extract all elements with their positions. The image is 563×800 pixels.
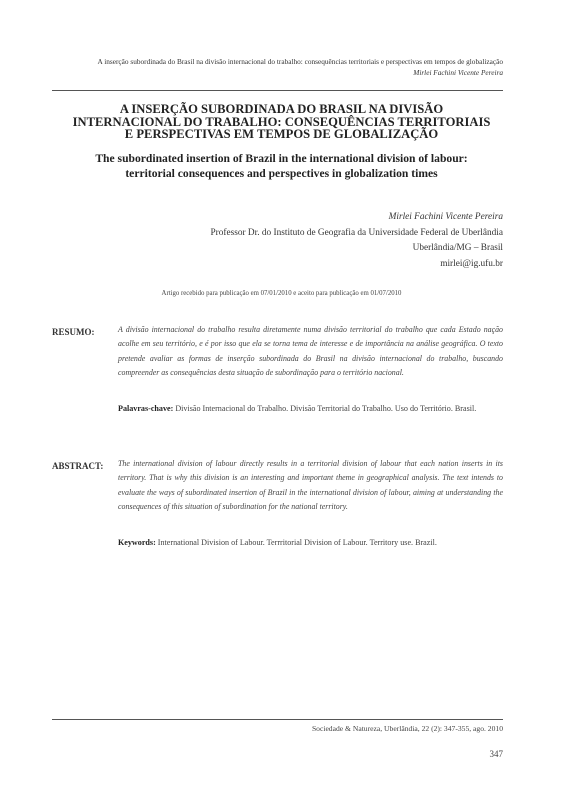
title-portuguese-line: E PERSPECTIVAS EM TEMPOS DE GLOBALIZAÇÃO: [40, 128, 523, 141]
resumo-keywords: Palavras-chave: Divisão Internacional do…: [118, 402, 503, 417]
keywords-label: Keywords:: [118, 538, 156, 547]
title-portuguese-line: A INSERÇÃO SUBORDINADA DO BRASIL NA DIVI…: [40, 103, 523, 116]
resumo-label: RESUMO:: [52, 327, 95, 337]
author-location: Uberlândia/MG – Brasil: [210, 241, 503, 257]
running-author: Mirlei Fachini Vicente Pereira: [413, 68, 503, 77]
author-name: Mirlei Fachini Vicente Pereira: [210, 210, 503, 226]
keywords-text: International Division of Labour. Terrri…: [158, 538, 437, 547]
resumo-text: A divisão internacional do trabalho resu…: [118, 323, 503, 380]
received-note: Artigo recebido para publicação em 07/01…: [40, 290, 523, 297]
abstract-label: ABSTRACT:: [52, 461, 103, 471]
author-email[interactable]: mirlei@ig.ufu.br: [210, 257, 503, 273]
header-divider: [52, 90, 503, 91]
title-english-line: territorial consequences and perspective…: [40, 167, 523, 182]
author-affiliation: Professor Dr. do Instituto de Geografia …: [210, 226, 503, 242]
title-english: The subordinated insertion of Brazil in …: [40, 152, 523, 181]
footer-divider: [52, 719, 503, 720]
author-block: Mirlei Fachini Vicente Pereira Professor…: [210, 210, 503, 272]
keywords-text: Divisão Internacional do Trabalho. Divis…: [175, 404, 476, 413]
title-english-line: The subordinated insertion of Brazil in …: [40, 152, 523, 167]
title-portuguese: A INSERÇÃO SUBORDINADA DO BRASIL NA DIVI…: [40, 103, 523, 141]
abstract-keywords: Keywords: International Division of Labo…: [118, 536, 503, 551]
abstract-text: The international division of labour dir…: [118, 457, 503, 514]
footer-journal-citation: Sociedade & Natureza, Uberlândia, 22 (2)…: [312, 724, 503, 733]
keywords-label: Palavras-chave:: [118, 404, 173, 413]
running-title: A inserção subordinada do Brasil na divi…: [20, 57, 503, 66]
page-number: 347: [490, 749, 504, 759]
